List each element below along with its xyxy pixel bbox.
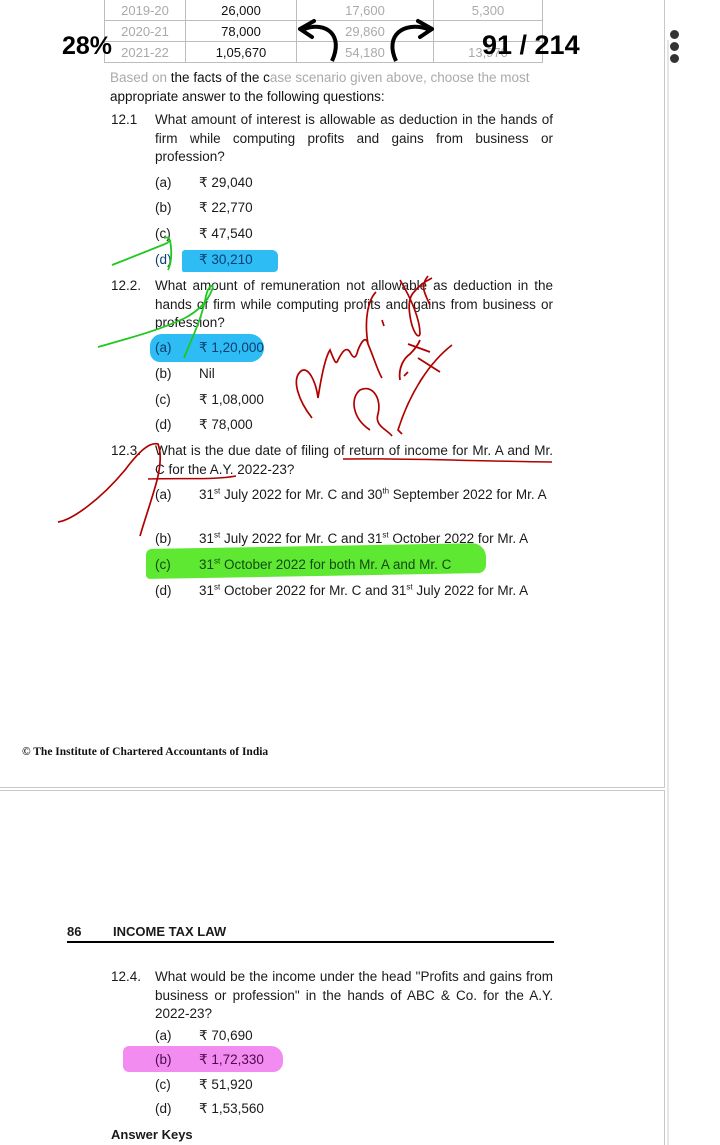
option-label: (b)	[155, 199, 199, 217]
intro-text: ase scenario given above, choose the mos…	[270, 70, 530, 85]
option-d[interactable]: (d)₹ 1,53,560	[155, 1100, 264, 1118]
table-cell: 2019-20	[105, 0, 186, 21]
option-value: ₹ 1,72,330	[199, 1051, 264, 1069]
option-a[interactable]: (a)₹ 29,040	[155, 174, 253, 192]
page-indicator[interactable]: 91 / 214	[482, 30, 580, 61]
undo-arrow-icon[interactable]	[296, 15, 346, 70]
page-number: 86	[67, 924, 113, 939]
option-value: 31st July 2022 for Mr. C and 31st Octobe…	[199, 530, 551, 548]
question-12-4: 12.4. What would be the income under the…	[111, 968, 553, 1024]
option-value: ₹ 29,040	[199, 174, 253, 192]
option-d[interactable]: (d)₹ 30,210	[155, 251, 253, 269]
option-label: (d)	[155, 582, 199, 600]
option-a[interactable]: (a)31st July 2022 for Mr. C and 30th Sep…	[155, 486, 553, 504]
option-value: ₹ 78,000	[199, 416, 253, 434]
option-value: Nil	[199, 365, 215, 383]
option-c[interactable]: (c)₹ 47,540	[155, 225, 253, 243]
table-cell: 5,300	[434, 0, 543, 21]
question-text: What amount of remuneration not allowabl…	[155, 277, 553, 333]
option-c[interactable]: (c)₹ 51,920	[155, 1076, 253, 1094]
option-value: ₹ 30,210	[199, 251, 253, 269]
more-vertical-icon[interactable]	[664, 28, 684, 64]
option-d[interactable]: (d)31st October 2022 for Mr. C and 31st …	[155, 582, 553, 600]
question-number: 12.2.	[111, 277, 141, 296]
intro-paragraph: Based on the facts of the case scenario …	[110, 68, 555, 106]
option-value: 31st July 2022 for Mr. C and 30th Septem…	[199, 486, 551, 504]
option-c[interactable]: (c)31st October 2022 for both Mr. A and …	[155, 556, 553, 574]
option-label: (a)	[155, 486, 199, 504]
option-label: (c)	[155, 225, 199, 243]
option-label: (c)	[155, 391, 199, 409]
option-b[interactable]: (b)₹ 1,72,330	[155, 1051, 264, 1069]
option-label: (a)	[155, 339, 199, 357]
intro-text: appropriate answer to the following ques…	[110, 89, 385, 104]
table-cell: 78,000	[186, 21, 297, 42]
copyright-footer: © The Institute of Chartered Accountants…	[22, 746, 268, 758]
option-b[interactable]: (b)Nil	[155, 365, 215, 383]
option-value: ₹ 47,540	[199, 225, 253, 243]
question-12-1: 12.1 What amount of interest is allowabl…	[111, 111, 553, 167]
table-cell: 2020-21	[105, 21, 186, 42]
answer-keys-heading: Answer Keys	[111, 1127, 193, 1142]
question-text: What would be the income under the head …	[155, 968, 553, 1024]
table-cell: 26,000	[186, 0, 297, 21]
question-12-3: 12.3. What is the due date of filing of …	[111, 442, 553, 479]
option-label: (b)	[155, 365, 199, 383]
option-label: (d)	[155, 1100, 199, 1118]
question-12-2: 12.2. What amount of remuneration not al…	[111, 277, 553, 333]
page-header-title: INCOME TAX LAW	[113, 924, 226, 939]
question-text: What is the due date of filing of return…	[155, 442, 553, 479]
option-b[interactable]: (b)31st July 2022 for Mr. C and 31st Oct…	[155, 530, 553, 548]
option-value: ₹ 1,53,560	[199, 1100, 264, 1118]
table-cell: 2021-22	[105, 42, 186, 63]
option-value: ₹ 22,770	[199, 199, 253, 217]
option-value: ₹ 1,20,000	[199, 339, 264, 357]
intro-text: Based on	[110, 70, 171, 85]
option-value: ₹ 1,08,000	[199, 391, 264, 409]
question-text: What amount of interest is allowable as …	[155, 111, 553, 167]
option-value: 31st October 2022 for Mr. C and 31st Jul…	[199, 582, 551, 600]
scrollbar-track[interactable]	[667, 40, 669, 1145]
option-label: (d)	[155, 416, 199, 434]
question-number: 12.4.	[111, 968, 141, 987]
option-label: (c)	[155, 556, 199, 574]
intro-text: the facts of the c	[171, 70, 270, 85]
option-b[interactable]: (b)₹ 22,770	[155, 199, 253, 217]
option-a[interactable]: (a)₹ 1,20,000	[155, 339, 264, 357]
option-label: (d)	[155, 251, 199, 269]
option-label: (a)	[155, 1027, 199, 1045]
option-d[interactable]: (d)₹ 78,000	[155, 416, 253, 434]
option-label: (b)	[155, 1051, 199, 1069]
question-number: 12.1	[111, 111, 137, 130]
option-value: 31st October 2022 for both Mr. A and Mr.…	[199, 556, 551, 574]
option-label: (a)	[155, 174, 199, 192]
option-a[interactable]: (a)₹ 70,690	[155, 1027, 253, 1045]
option-c[interactable]: (c)₹ 1,08,000	[155, 391, 264, 409]
redo-arrow-icon[interactable]	[380, 15, 436, 70]
option-value: ₹ 70,690	[199, 1027, 253, 1045]
option-value: ₹ 51,920	[199, 1076, 253, 1094]
option-label: (c)	[155, 1076, 199, 1094]
page-header: 86INCOME TAX LAW	[67, 924, 554, 943]
table-cell: 1,05,670	[186, 42, 297, 63]
question-number: 12.3.	[111, 442, 141, 461]
option-label: (b)	[155, 530, 199, 548]
zoom-level-indicator: 28%	[62, 32, 112, 61]
